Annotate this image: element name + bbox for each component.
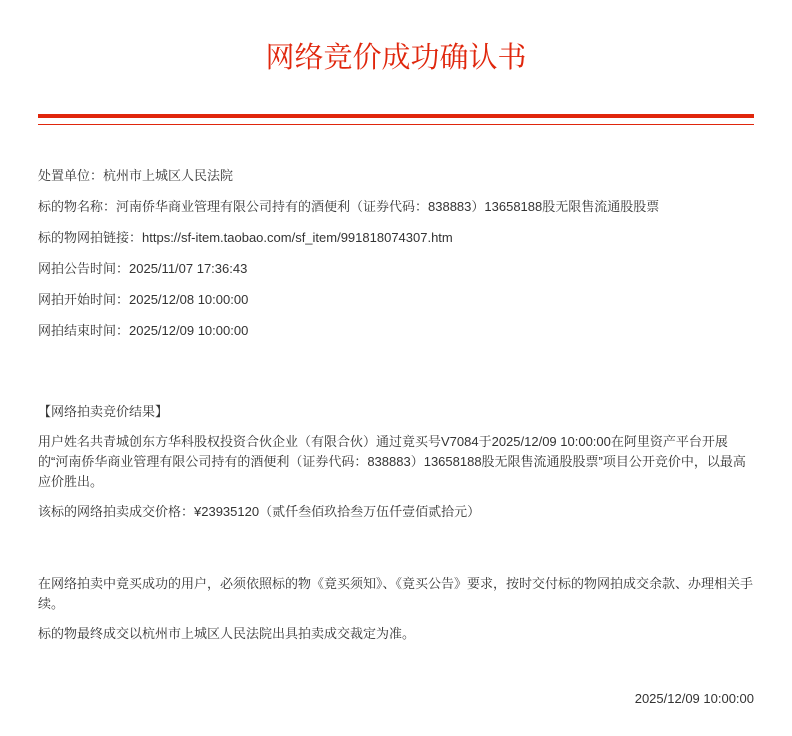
info-disposal-unit: 处置单位：杭州市上城区人民法院: [38, 166, 754, 197]
info-announce-time: 网拍公告时间：2025/11/07 17:36:43: [38, 259, 754, 290]
document-body: 处置单位：杭州市上城区人民法院 标的物名称：河南侨华商业管理有限公司持有的酒便利…: [38, 166, 754, 654]
info-value: 2025/12/09 10:00:00: [129, 323, 248, 338]
notice-final-ruling: 标的物最终成交以杭州市上城区人民法院出具拍卖成交裁定为准。: [38, 624, 754, 644]
notice-paragraph: 在网络拍卖中竟买成功的用户，必须依照标的物《竟买须知》、《竟买公告》要求，按时交…: [38, 574, 754, 614]
item-link[interactable]: https://sf-item.taobao.com/sf_item/99181…: [142, 230, 453, 245]
result-heading: 【网络拍卖竞价结果】: [38, 402, 754, 422]
info-end-time: 网拍结束时间：2025/12/09 10:00:00: [38, 321, 754, 352]
footer-date: 2025/12/09 10:00:00: [635, 689, 754, 709]
info-value: 2025/12/08 10:00:00: [129, 292, 248, 307]
info-item-name: 标的物名称：河南侨华商业管理有限公司持有的酒便利（证券代码：838883）136…: [38, 197, 754, 228]
info-value: 河南侨华商业管理有限公司持有的酒便利（证券代码：838883）13658188股…: [116, 199, 659, 214]
final-price: 该标的网络拍卖成交价格：¥23935120（贰仟叁佰玖拾叁万伍仟壹佰贰拾元）: [38, 502, 754, 522]
title-divider-thin: [38, 124, 754, 125]
result-paragraph: 用户姓名共青城创东方华科股权投资合伙企业（有限合伙）通过竟买号V7084于202…: [38, 432, 754, 492]
info-label: 处置单位：: [38, 168, 103, 183]
document-title: 网络竞价成功确认书: [0, 38, 792, 78]
info-label: 标的物名称：: [38, 199, 116, 214]
title-divider-thick: [38, 114, 754, 118]
info-start-time: 网拍开始时间：2025/12/08 10:00:00: [38, 290, 754, 321]
info-label: 标的物网拍链接：: [38, 230, 142, 245]
info-label: 网拍开始时间：: [38, 292, 129, 307]
info-value: 2025/11/07 17:36:43: [129, 261, 247, 276]
info-value: 杭州市上城区人民法院: [103, 168, 233, 183]
info-label: 网拍结束时间：: [38, 323, 129, 338]
info-label: 网拍公告时间：: [38, 261, 129, 276]
info-item-link: 标的物网拍链接：https://sf-item.taobao.com/sf_it…: [38, 228, 754, 259]
